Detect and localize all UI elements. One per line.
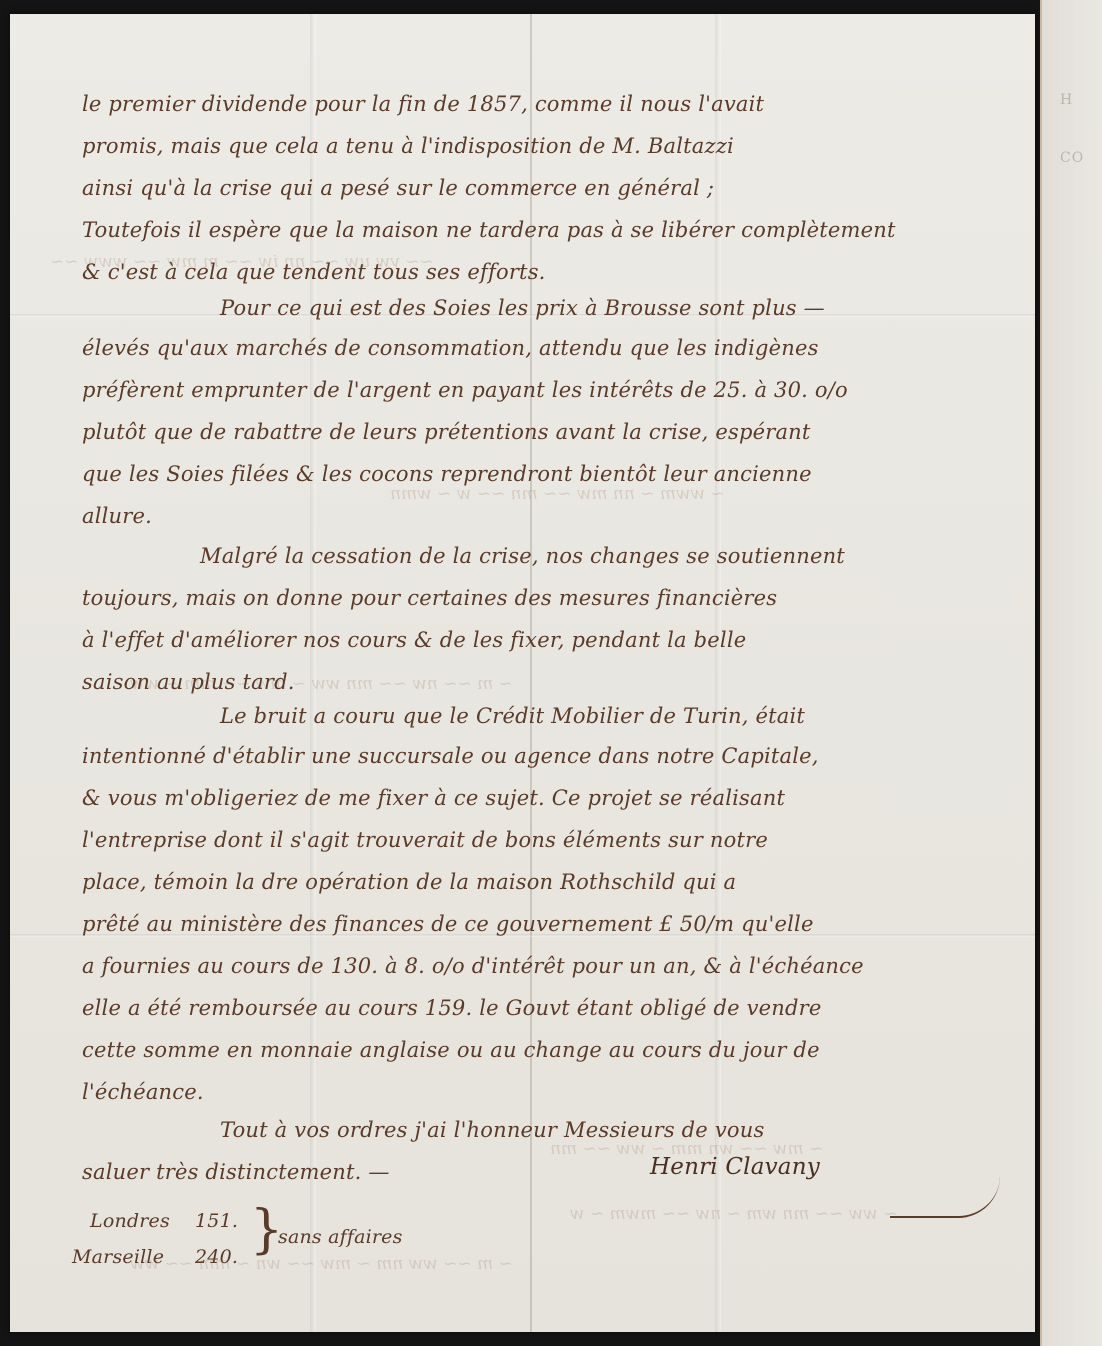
letter-line: que les Soies filées & les cocons repren… — [82, 462, 812, 486]
letter-line: préfèrent emprunter de l'argent en payan… — [82, 378, 848, 402]
letter-line: Pour ce qui est des Soies les prix à Bro… — [220, 296, 825, 320]
letter-line: place, témoin la dre opération de la mai… — [82, 870, 736, 894]
exchange-remark: sans affaires — [278, 1226, 403, 1248]
bleed-through-text: ~ wwm ~ nn mw ~~ mn ~~ w ~ wmn — [390, 484, 725, 504]
letter-line: cette somme en monnaie anglaise ou au ch… — [82, 1038, 820, 1062]
printed-letterhead-fragment: H — [1060, 92, 1073, 108]
letter-line: elle a été remboursée au cours 159. le G… — [82, 996, 822, 1020]
letter-sheet: ~~ vw uw ~~ nn iw ~~ m mw ~~ www ~~ ~ ww… — [10, 14, 1035, 1332]
letter-line: à l'effet d'améliorer nos cours & de les… — [82, 628, 746, 652]
letter-line: intentionné d'établir une succursale ou … — [82, 744, 819, 768]
closing-line: Tout à vos ordres j'ai l'honneur Messieu… — [220, 1118, 764, 1142]
letter-line: a fournies au cours de 130. à 8. o/o d'i… — [82, 954, 864, 978]
letter-line: promis, mais que cela a tenu à l'indispo… — [82, 134, 734, 158]
exchange-rate: 240. — [195, 1246, 238, 1268]
letter-line: l'entreprise dont il s'agit trouverait d… — [82, 828, 768, 852]
letter-line: Toutefois il espère que la maison ne tar… — [82, 218, 896, 242]
adjacent-sheet — [1040, 0, 1102, 1346]
bleed-through-text: ~ ww ~~ mn wm ~ nw ~~ mwm ~ w — [570, 1204, 897, 1224]
signature: Henri Clavany — [650, 1154, 820, 1180]
letter-line: toujours, mais on donne pour certaines d… — [82, 586, 777, 610]
letter-line: l'échéance. — [82, 1080, 204, 1104]
letter-line: ainsi qu'à la crise qui a pesé sur le co… — [82, 176, 714, 200]
exchange-place: Londres — [90, 1210, 170, 1232]
letter-line: élevés qu'aux marchés de consommation, a… — [82, 336, 819, 360]
letter-line: prêté au ministère des finances de ce go… — [82, 912, 814, 936]
letter-line: & vous m'obligeriez de me fixer à ce suj… — [82, 786, 785, 810]
letter-line: allure. — [82, 504, 152, 528]
letter-line: le premier dividende pour la fin de 1857… — [82, 92, 764, 116]
letter-line: plutôt que de rabattre de leurs prétenti… — [82, 420, 811, 444]
exchange-place: Marseille — [72, 1246, 164, 1268]
closing-line: saluer très distinctement. — — [82, 1160, 390, 1184]
exchange-rate: 151. — [195, 1210, 238, 1232]
printed-letterhead-fragment: CO — [1060, 150, 1084, 166]
letter-line: & c'est à cela que tendent tous ses effo… — [82, 260, 546, 284]
bleed-through-text: ~ m ~~ ww nm ~ mw ~~ wn ~ mm ~~ ww — [130, 1254, 513, 1274]
letter-line: Le bruit a couru que le Crédit Mobilier … — [220, 704, 805, 728]
letter-line: Malgré la cessation de la crise, nos cha… — [200, 544, 845, 568]
signature-flourish — [890, 1176, 1000, 1218]
letter-line: saison au plus tard. — [82, 670, 295, 694]
